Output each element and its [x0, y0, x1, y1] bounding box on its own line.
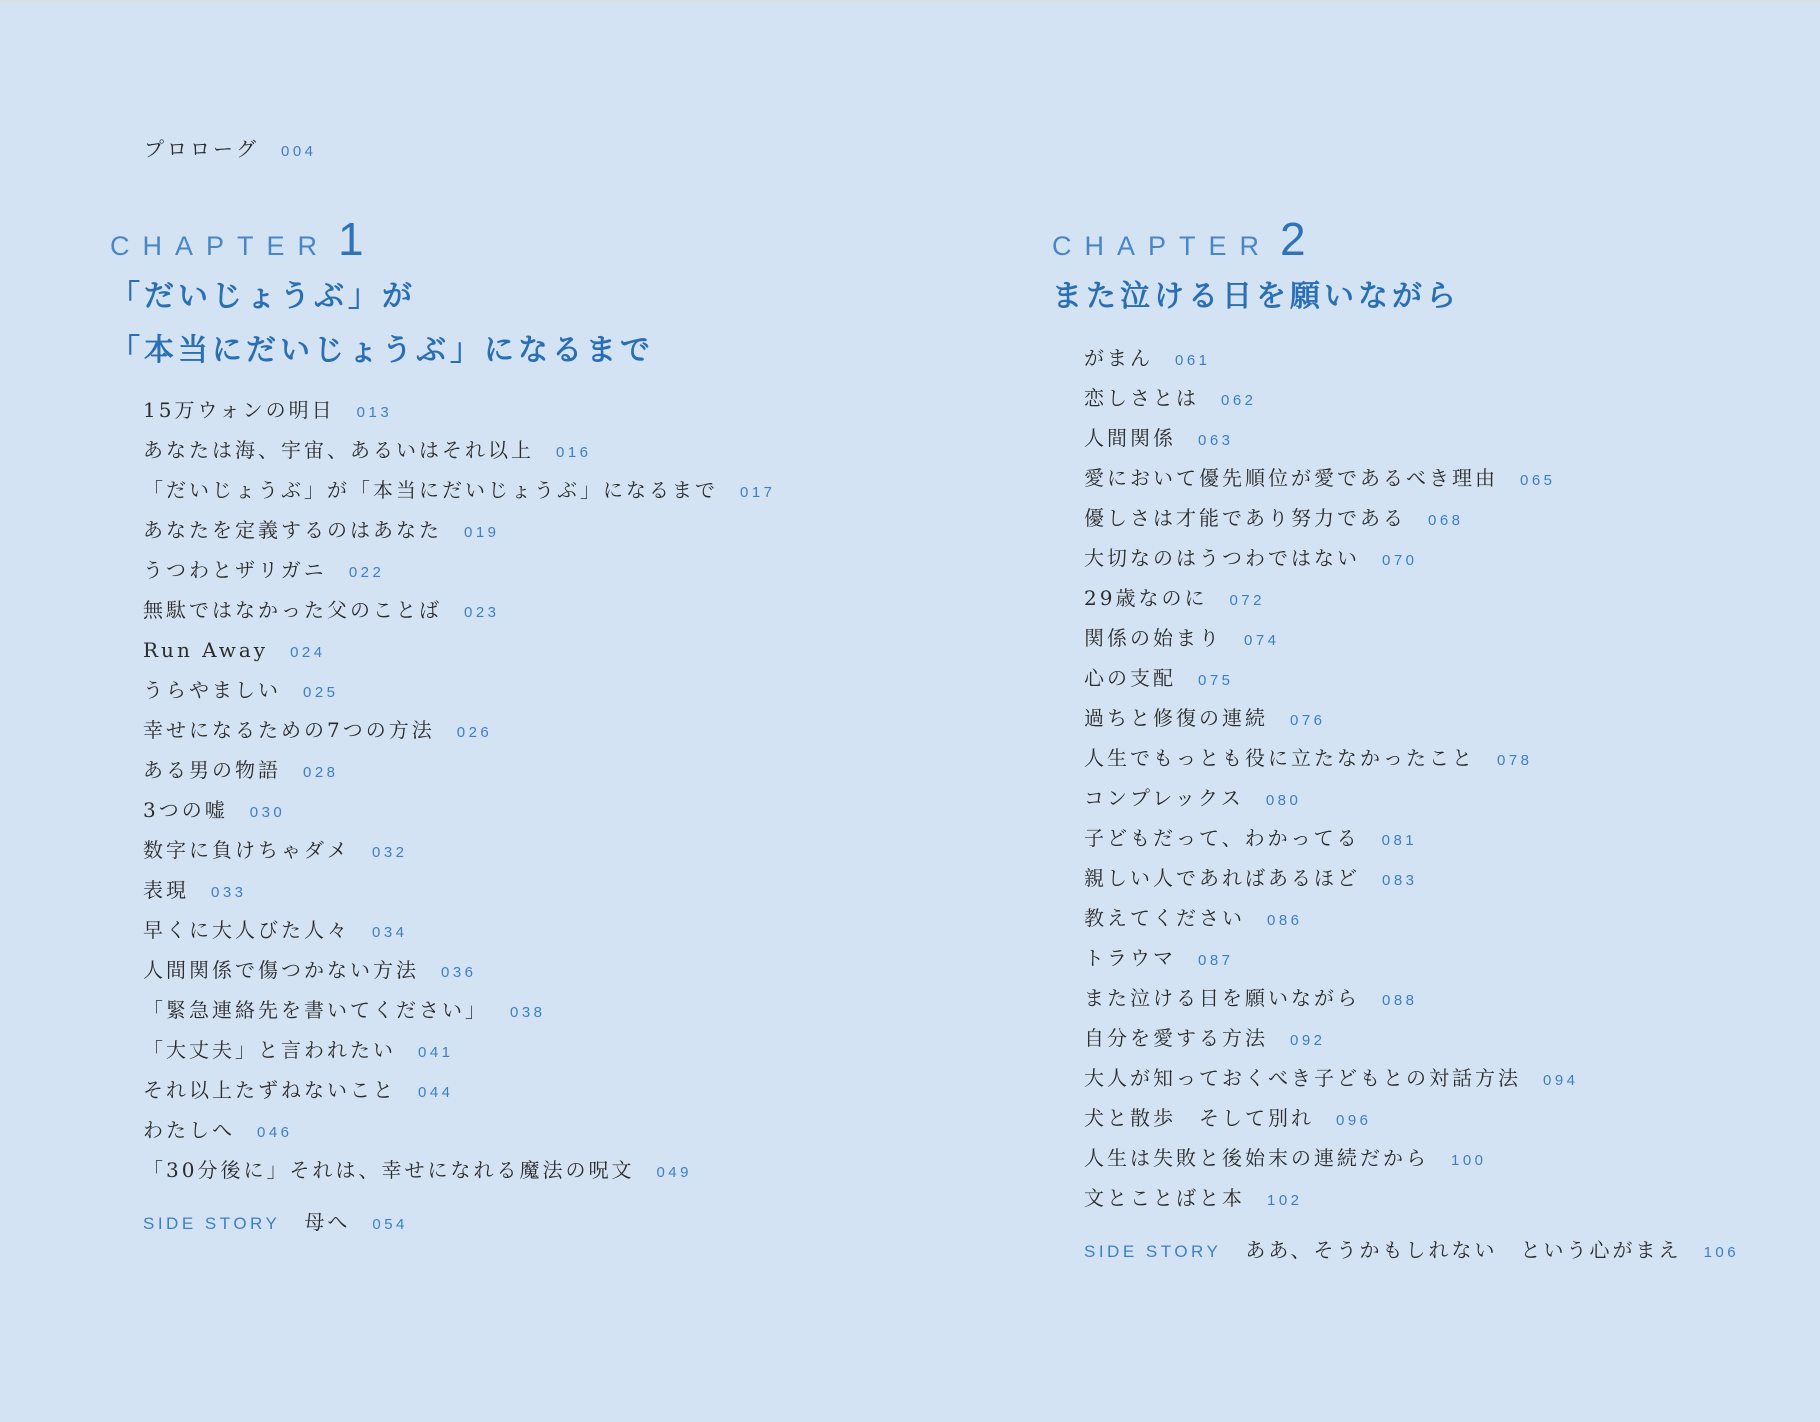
entry-title: また泣ける日を願いながら: [1084, 978, 1360, 1018]
toc-entry[interactable]: 心の支配075: [1084, 658, 1739, 698]
toc-entry[interactable]: トラウマ087: [1084, 938, 1739, 978]
chapter-2-items: がまん061 恋しさとは062 人間関係063 愛において優先順位が愛であるべき…: [1084, 338, 1739, 1263]
entry-page-number: 083: [1382, 861, 1418, 901]
entry-page-number: 022: [349, 553, 385, 593]
entry-page-number: 063: [1198, 421, 1234, 461]
toc-entry[interactable]: 教えてください086: [1084, 898, 1739, 938]
entry-page-number: 032: [372, 833, 408, 873]
prologue-page-number: 004: [281, 143, 317, 160]
entry-title: 子どもだって、わかってる: [1084, 818, 1360, 858]
side-story-title: 母へ: [304, 1206, 350, 1235]
entry-page-number: 036: [441, 953, 477, 993]
entry-page-number: 074: [1244, 621, 1280, 661]
entry-title: 表現: [143, 870, 189, 910]
chapter-1-header: CHAPTER 1 「だいじょうぶ」が 「本当にだいじょうぶ」になるまで: [110, 212, 654, 378]
entry-title: 犬と散歩 そして別れ: [1084, 1098, 1314, 1138]
entry-title: あなたは海、宇宙、あるいはそれ以上: [143, 430, 534, 470]
entry-title: 「30分後に」それは、幸せになれる魔法の呪文: [143, 1150, 634, 1190]
toc-entry[interactable]: あなたは海、宇宙、あるいはそれ以上016: [143, 430, 776, 470]
entry-title: 人生は失敗と後始末の連続だから: [1084, 1138, 1429, 1178]
entry-page-number: 024: [290, 633, 326, 673]
entry-page-number: 087: [1198, 941, 1234, 981]
chapter-word: CHAPTER: [110, 231, 330, 262]
entry-page-number: 076: [1290, 701, 1326, 741]
entry-page-number: 081: [1382, 821, 1418, 861]
entry-page-number: 078: [1497, 741, 1533, 781]
toc-side-story[interactable]: SIDE STORY ああ、そうかもしれない という心がまえ 106: [1084, 1234, 1739, 1263]
toc-entry[interactable]: 15万ウォンの明日013: [143, 390, 776, 430]
toc-entry[interactable]: Run Away024: [143, 630, 776, 670]
toc-entry[interactable]: うつわとザリガニ022: [143, 550, 776, 590]
toc-entry[interactable]: 親しい人であればあるほど083: [1084, 858, 1739, 898]
entry-page-number: 033: [211, 873, 247, 913]
entry-page-number: 025: [303, 673, 339, 713]
toc-entry[interactable]: 大人が知っておくべき子どもとの対話方法094: [1084, 1058, 1739, 1098]
toc-entry[interactable]: 関係の始まり074: [1084, 618, 1739, 658]
toc-entry[interactable]: 自分を愛する方法092: [1084, 1018, 1739, 1058]
entry-page-number: 061: [1175, 341, 1211, 381]
side-story-page-number: 106: [1704, 1244, 1740, 1261]
entry-page-number: 065: [1520, 461, 1556, 501]
chapter-word: CHAPTER: [1052, 231, 1272, 262]
toc-entry[interactable]: 人生は失敗と後始末の連続だから100: [1084, 1138, 1739, 1178]
toc-entry[interactable]: 無駄ではなかった父のことば023: [143, 590, 776, 630]
toc-entry[interactable]: 人生でもっとも役に立たなかったこと078: [1084, 738, 1739, 778]
entry-title: ある男の物語: [143, 750, 281, 790]
entry-title: コンプレックス: [1084, 778, 1244, 818]
chapter-title-line: 「だいじょうぶ」が: [110, 270, 654, 324]
entry-title: 親しい人であればあるほど: [1084, 858, 1360, 898]
entry-title: 15万ウォンの明日: [143, 390, 335, 430]
toc-side-story[interactable]: SIDE STORY 母へ 054: [143, 1206, 776, 1235]
entry-title: トラウマ: [1084, 938, 1176, 978]
entry-page-number: 028: [303, 753, 339, 793]
entry-page-number: 013: [357, 393, 393, 433]
entry-title: 大切なのはうつわではない: [1084, 538, 1360, 578]
entry-title: 「大丈夫」と言われたい: [143, 1030, 396, 1070]
entry-page-number: 068: [1428, 501, 1464, 541]
entry-page-number: 062: [1221, 381, 1257, 421]
entry-page-number: 102: [1267, 1181, 1303, 1221]
entry-title: うらやましい: [143, 670, 281, 710]
chapter-1-title: 「だいじょうぶ」が 「本当にだいじょうぶ」になるまで: [110, 270, 654, 378]
chapter-number: 1: [338, 212, 364, 266]
entry-page-number: 046: [257, 1113, 293, 1153]
toc-entry[interactable]: 優しさは才能であり努力である068: [1084, 498, 1739, 538]
toc-entry[interactable]: 表現033: [143, 870, 776, 910]
toc-entry[interactable]: 過ちと修復の連続076: [1084, 698, 1739, 738]
toc-prologue[interactable]: プロローグ 004: [144, 133, 317, 162]
entry-page-number: 080: [1266, 781, 1302, 821]
entry-title: 「緊急連絡先を書いてください」: [143, 990, 488, 1030]
entry-page-number: 041: [418, 1033, 454, 1073]
side-story-page-number: 054: [372, 1216, 408, 1233]
entry-title: うつわとザリガニ: [143, 550, 327, 590]
toc-entry[interactable]: 人間関係063: [1084, 418, 1739, 458]
toc-entry[interactable]: 犬と散歩 そして別れ096: [1084, 1098, 1739, 1138]
entry-page-number: 092: [1290, 1021, 1326, 1061]
entry-title: 関係の始まり: [1084, 618, 1222, 658]
toc-entry[interactable]: 「大丈夫」と言われたい041: [143, 1030, 776, 1070]
entry-title: 心の支配: [1084, 658, 1176, 698]
toc-entry[interactable]: 3つの嘘030: [143, 790, 776, 830]
chapter-1-items: 15万ウォンの明日013 あなたは海、宇宙、あるいはそれ以上016 「だいじょう…: [143, 390, 776, 1235]
entry-page-number: 096: [1336, 1101, 1372, 1141]
toc-entry[interactable]: 29歳なのに072: [1084, 578, 1739, 618]
entry-title: 人間関係で傷つかない方法: [143, 950, 419, 990]
toc-entry[interactable]: 数字に負けちゃダメ032: [143, 830, 776, 870]
toc-entry[interactable]: それ以上たずねないこと044: [143, 1070, 776, 1110]
entry-page-number: 072: [1229, 581, 1265, 621]
entry-title: 3つの嘘: [143, 790, 228, 830]
chapter-1-label: CHAPTER 1: [110, 212, 654, 266]
toc-entry[interactable]: 早くに大人びた人々034: [143, 910, 776, 950]
side-story-label: SIDE STORY: [143, 1214, 280, 1234]
chapter-2-label: CHAPTER 2: [1052, 212, 1460, 266]
entry-title: Run Away: [143, 630, 268, 670]
toc-entry[interactable]: あなたを定義するのはあなた019: [143, 510, 776, 550]
toc-entry[interactable]: コンプレックス080: [1084, 778, 1739, 818]
entry-page-number: 086: [1267, 901, 1303, 941]
entry-title: 優しさは才能であり努力である: [1084, 498, 1406, 538]
entry-title: 大人が知っておくべき子どもとの対話方法: [1084, 1058, 1521, 1098]
entry-title: 早くに大人びた人々: [143, 910, 350, 950]
toc-entry[interactable]: 愛において優先順位が愛であるべき理由065: [1084, 458, 1739, 498]
toc-entry[interactable]: がまん061: [1084, 338, 1739, 378]
toc-entry[interactable]: 人間関係で傷つかない方法036: [143, 950, 776, 990]
toc-entry[interactable]: 恋しさとは062: [1084, 378, 1739, 418]
toc-entry[interactable]: 大切なのはうつわではない070: [1084, 538, 1739, 578]
entry-page-number: 016: [556, 433, 592, 473]
entry-page-number: 038: [510, 993, 546, 1033]
entry-title: 幸せになるための7つの方法: [143, 710, 435, 750]
entry-title: 文とことばと本: [1084, 1178, 1245, 1218]
entry-page-number: 094: [1543, 1061, 1579, 1101]
chapter-2-header: CHAPTER 2 また泣ける日を願いながら: [1052, 212, 1460, 324]
toc-entry[interactable]: 子どもだって、わかってる081: [1084, 818, 1739, 858]
entry-page-number: 044: [418, 1073, 454, 1113]
entry-page-number: 088: [1382, 981, 1418, 1021]
chapter-2-title: また泣ける日を願いながら: [1052, 270, 1460, 324]
toc-entry[interactable]: 幸せになるための7つの方法026: [143, 710, 776, 750]
entry-page-number: 034: [372, 913, 408, 953]
entry-title: あなたを定義するのはあなた: [143, 510, 442, 550]
entry-title: わたしへ: [143, 1110, 235, 1150]
toc-entry[interactable]: 文とことばと本102: [1084, 1178, 1739, 1218]
side-story-title: ああ、そうかもしれない という心がまえ: [1245, 1234, 1681, 1263]
toc-entry[interactable]: 「緊急連絡先を書いてください」038: [143, 990, 776, 1030]
entry-title: 29歳なのに: [1084, 578, 1207, 618]
entry-page-number: 019: [464, 513, 500, 553]
entry-page-number: 026: [457, 713, 493, 753]
prologue-title: プロローグ: [144, 133, 259, 162]
entry-title: 人間関係: [1084, 418, 1176, 458]
entry-title: がまん: [1084, 338, 1153, 378]
chapter-number: 2: [1280, 212, 1306, 266]
entry-page-number: 070: [1382, 541, 1418, 581]
entry-title: 愛において優先順位が愛であるべき理由: [1084, 458, 1498, 498]
entry-title: 無駄ではなかった父のことば: [143, 590, 442, 630]
entry-page-number: 017: [740, 473, 776, 513]
toc-entry[interactable]: わたしへ046: [143, 1110, 776, 1150]
entry-title: 恋しさとは: [1084, 378, 1199, 418]
side-story-label: SIDE STORY: [1084, 1242, 1221, 1262]
toc-entry[interactable]: うらやましい025: [143, 670, 776, 710]
toc-entry[interactable]: また泣ける日を願いながら088: [1084, 978, 1739, 1018]
entry-page-number: 100: [1451, 1141, 1487, 1181]
chapter-title-line: 「本当にだいじょうぶ」になるまで: [110, 324, 654, 378]
entry-page-number: 049: [656, 1153, 692, 1193]
entry-title: 人生でもっとも役に立たなかったこと: [1084, 738, 1475, 778]
entry-title: 教えてください: [1084, 898, 1245, 938]
entry-title: 「だいじょうぶ」が「本当にだいじょうぶ」になるまで: [143, 470, 718, 510]
entry-page-number: 030: [250, 793, 286, 833]
entry-page-number: 023: [464, 593, 500, 633]
toc-entry[interactable]: 「だいじょうぶ」が「本当にだいじょうぶ」になるまで017: [143, 470, 776, 510]
entry-page-number: 075: [1198, 661, 1234, 701]
entry-title: それ以上たずねないこと: [143, 1070, 396, 1110]
page-top-edge: [0, 0, 1820, 3]
toc-entry[interactable]: 「30分後に」それは、幸せになれる魔法の呪文049: [143, 1150, 776, 1190]
entry-title: 自分を愛する方法: [1084, 1018, 1268, 1058]
entry-title: 過ちと修復の連続: [1084, 698, 1268, 738]
entry-title: 数字に負けちゃダメ: [143, 830, 350, 870]
toc-entry[interactable]: ある男の物語028: [143, 750, 776, 790]
chapter-title-line: また泣ける日を願いながら: [1052, 270, 1460, 324]
